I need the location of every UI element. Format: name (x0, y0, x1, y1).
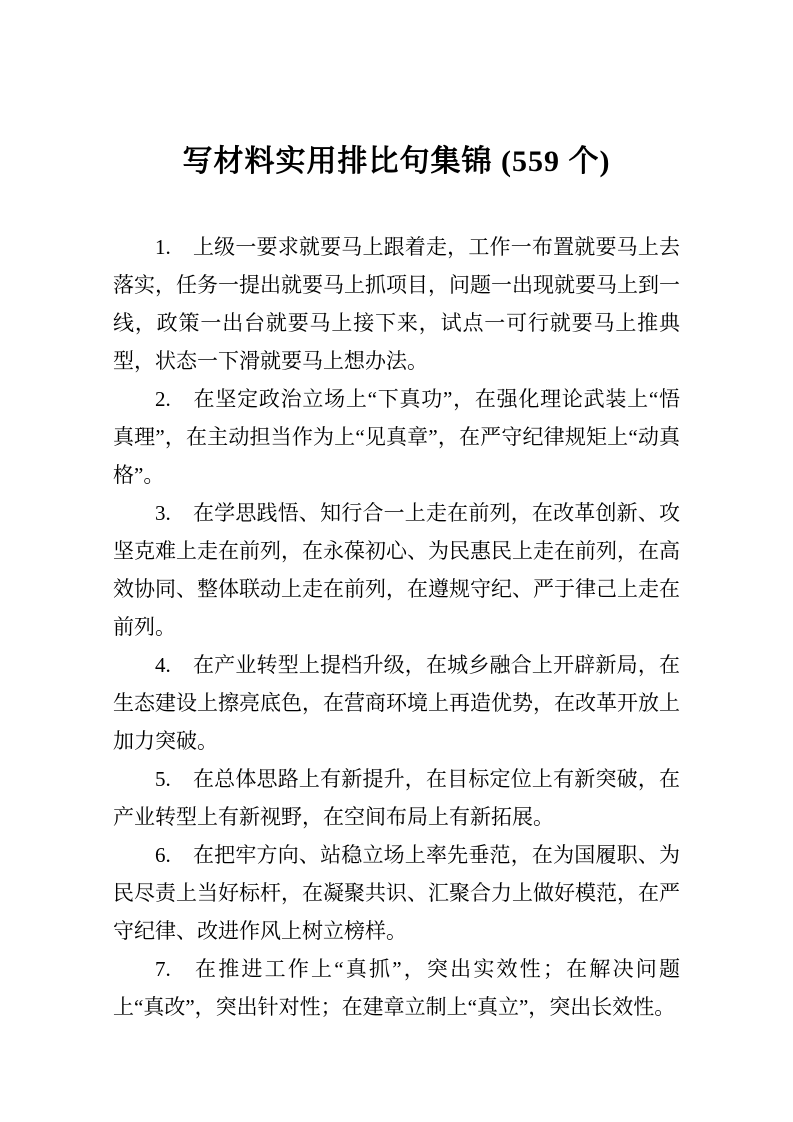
list-item: 5.在总体思路上有新提升，在目标定位上有新突破，在产业转型上有新视野，在空间布局… (113, 760, 680, 836)
item-number: 3. (155, 501, 171, 525)
list-item: 6.在把牢方向、站稳立场上率先垂范，在为国履职、为民尽责上当好标杆，在凝聚共识、… (113, 836, 680, 950)
document-page: 写材料实用排比句集锦 (559 个) 1.上级一要求就要马上跟着走，工作一布置就… (0, 0, 793, 1122)
item-text: 在学思践悟、知行合一上走在前列，在改革创新、攻坚克难上走在前列，在永葆初心、为民… (113, 501, 680, 639)
item-number: 6. (155, 843, 171, 867)
item-text: 上级一要求就要马上跟着走，工作一布置就要马上去落实，任务一提出就要马上抓项目，问… (113, 235, 680, 373)
item-text: 在推进工作上“真抓”，突出实效性；在解决问题上“真改”，突出针对性；在建章立制上… (113, 957, 680, 1019)
document-body: 1.上级一要求就要马上跟着走，工作一布置就要马上去落实，任务一提出就要马上抓项目… (113, 228, 680, 1026)
item-text: 在把牢方向、站稳立场上率先垂范，在为国履职、为民尽责上当好标杆，在凝聚共识、汇聚… (113, 843, 680, 943)
item-number: 7. (155, 957, 171, 981)
list-item: 7.在推进工作上“真抓”，突出实效性；在解决问题上“真改”，突出针对性；在建章立… (113, 950, 680, 1026)
item-number: 4. (155, 653, 171, 677)
list-item: 3.在学思践悟、知行合一上走在前列，在改革创新、攻坚克难上走在前列，在永葆初心、… (113, 494, 680, 646)
item-number: 5. (155, 767, 171, 791)
item-text: 在坚定政治立场上“下真功”，在强化理论武装上“悟真理”，在主动担当作为上“见真章… (113, 387, 680, 487)
page-title: 写材料实用排比句集锦 (559 个) (113, 140, 680, 184)
list-item: 2.在坚定政治立场上“下真功”，在强化理论武装上“悟真理”，在主动担当作为上“见… (113, 380, 680, 494)
list-item: 1.上级一要求就要马上跟着走，工作一布置就要马上去落实，任务一提出就要马上抓项目… (113, 228, 680, 380)
item-text: 在产业转型上提档升级，在城乡融合上开辟新局，在生态建设上擦亮底色，在营商环境上再… (113, 653, 680, 753)
item-number: 2. (155, 387, 171, 411)
list-item: 4.在产业转型上提档升级，在城乡融合上开辟新局，在生态建设上擦亮底色，在营商环境… (113, 646, 680, 760)
item-number: 1. (155, 235, 171, 259)
item-text: 在总体思路上有新提升，在目标定位上有新突破，在产业转型上有新视野，在空间布局上有… (113, 767, 680, 829)
